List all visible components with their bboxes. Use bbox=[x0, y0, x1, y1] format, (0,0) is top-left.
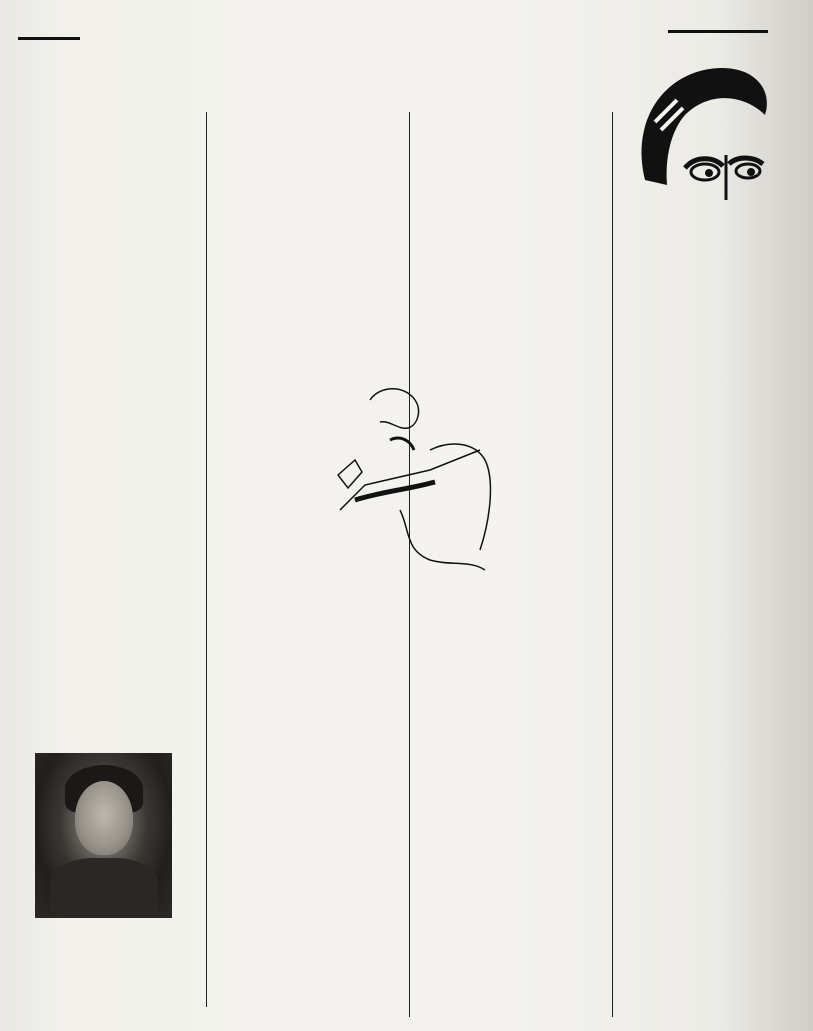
column-rule bbox=[206, 112, 207, 1007]
header-rule bbox=[668, 30, 768, 33]
newspaper-page bbox=[0, 0, 813, 1031]
article-column-1 bbox=[16, 118, 198, 753]
column-rule bbox=[612, 112, 613, 1017]
maria-clementina-photo bbox=[35, 753, 172, 918]
article-column-3 bbox=[415, 112, 605, 367]
erico-braga-caricature-illustration bbox=[625, 60, 775, 200]
photo-face bbox=[75, 781, 133, 855]
header-rule bbox=[18, 37, 80, 40]
article-column-3-after bbox=[330, 628, 605, 1028]
photo-body bbox=[50, 858, 158, 918]
ilda-stichini-caricature-illustration bbox=[310, 380, 510, 575]
caricature-caption bbox=[330, 577, 600, 625]
article-column-1-tail bbox=[33, 968, 175, 1026]
